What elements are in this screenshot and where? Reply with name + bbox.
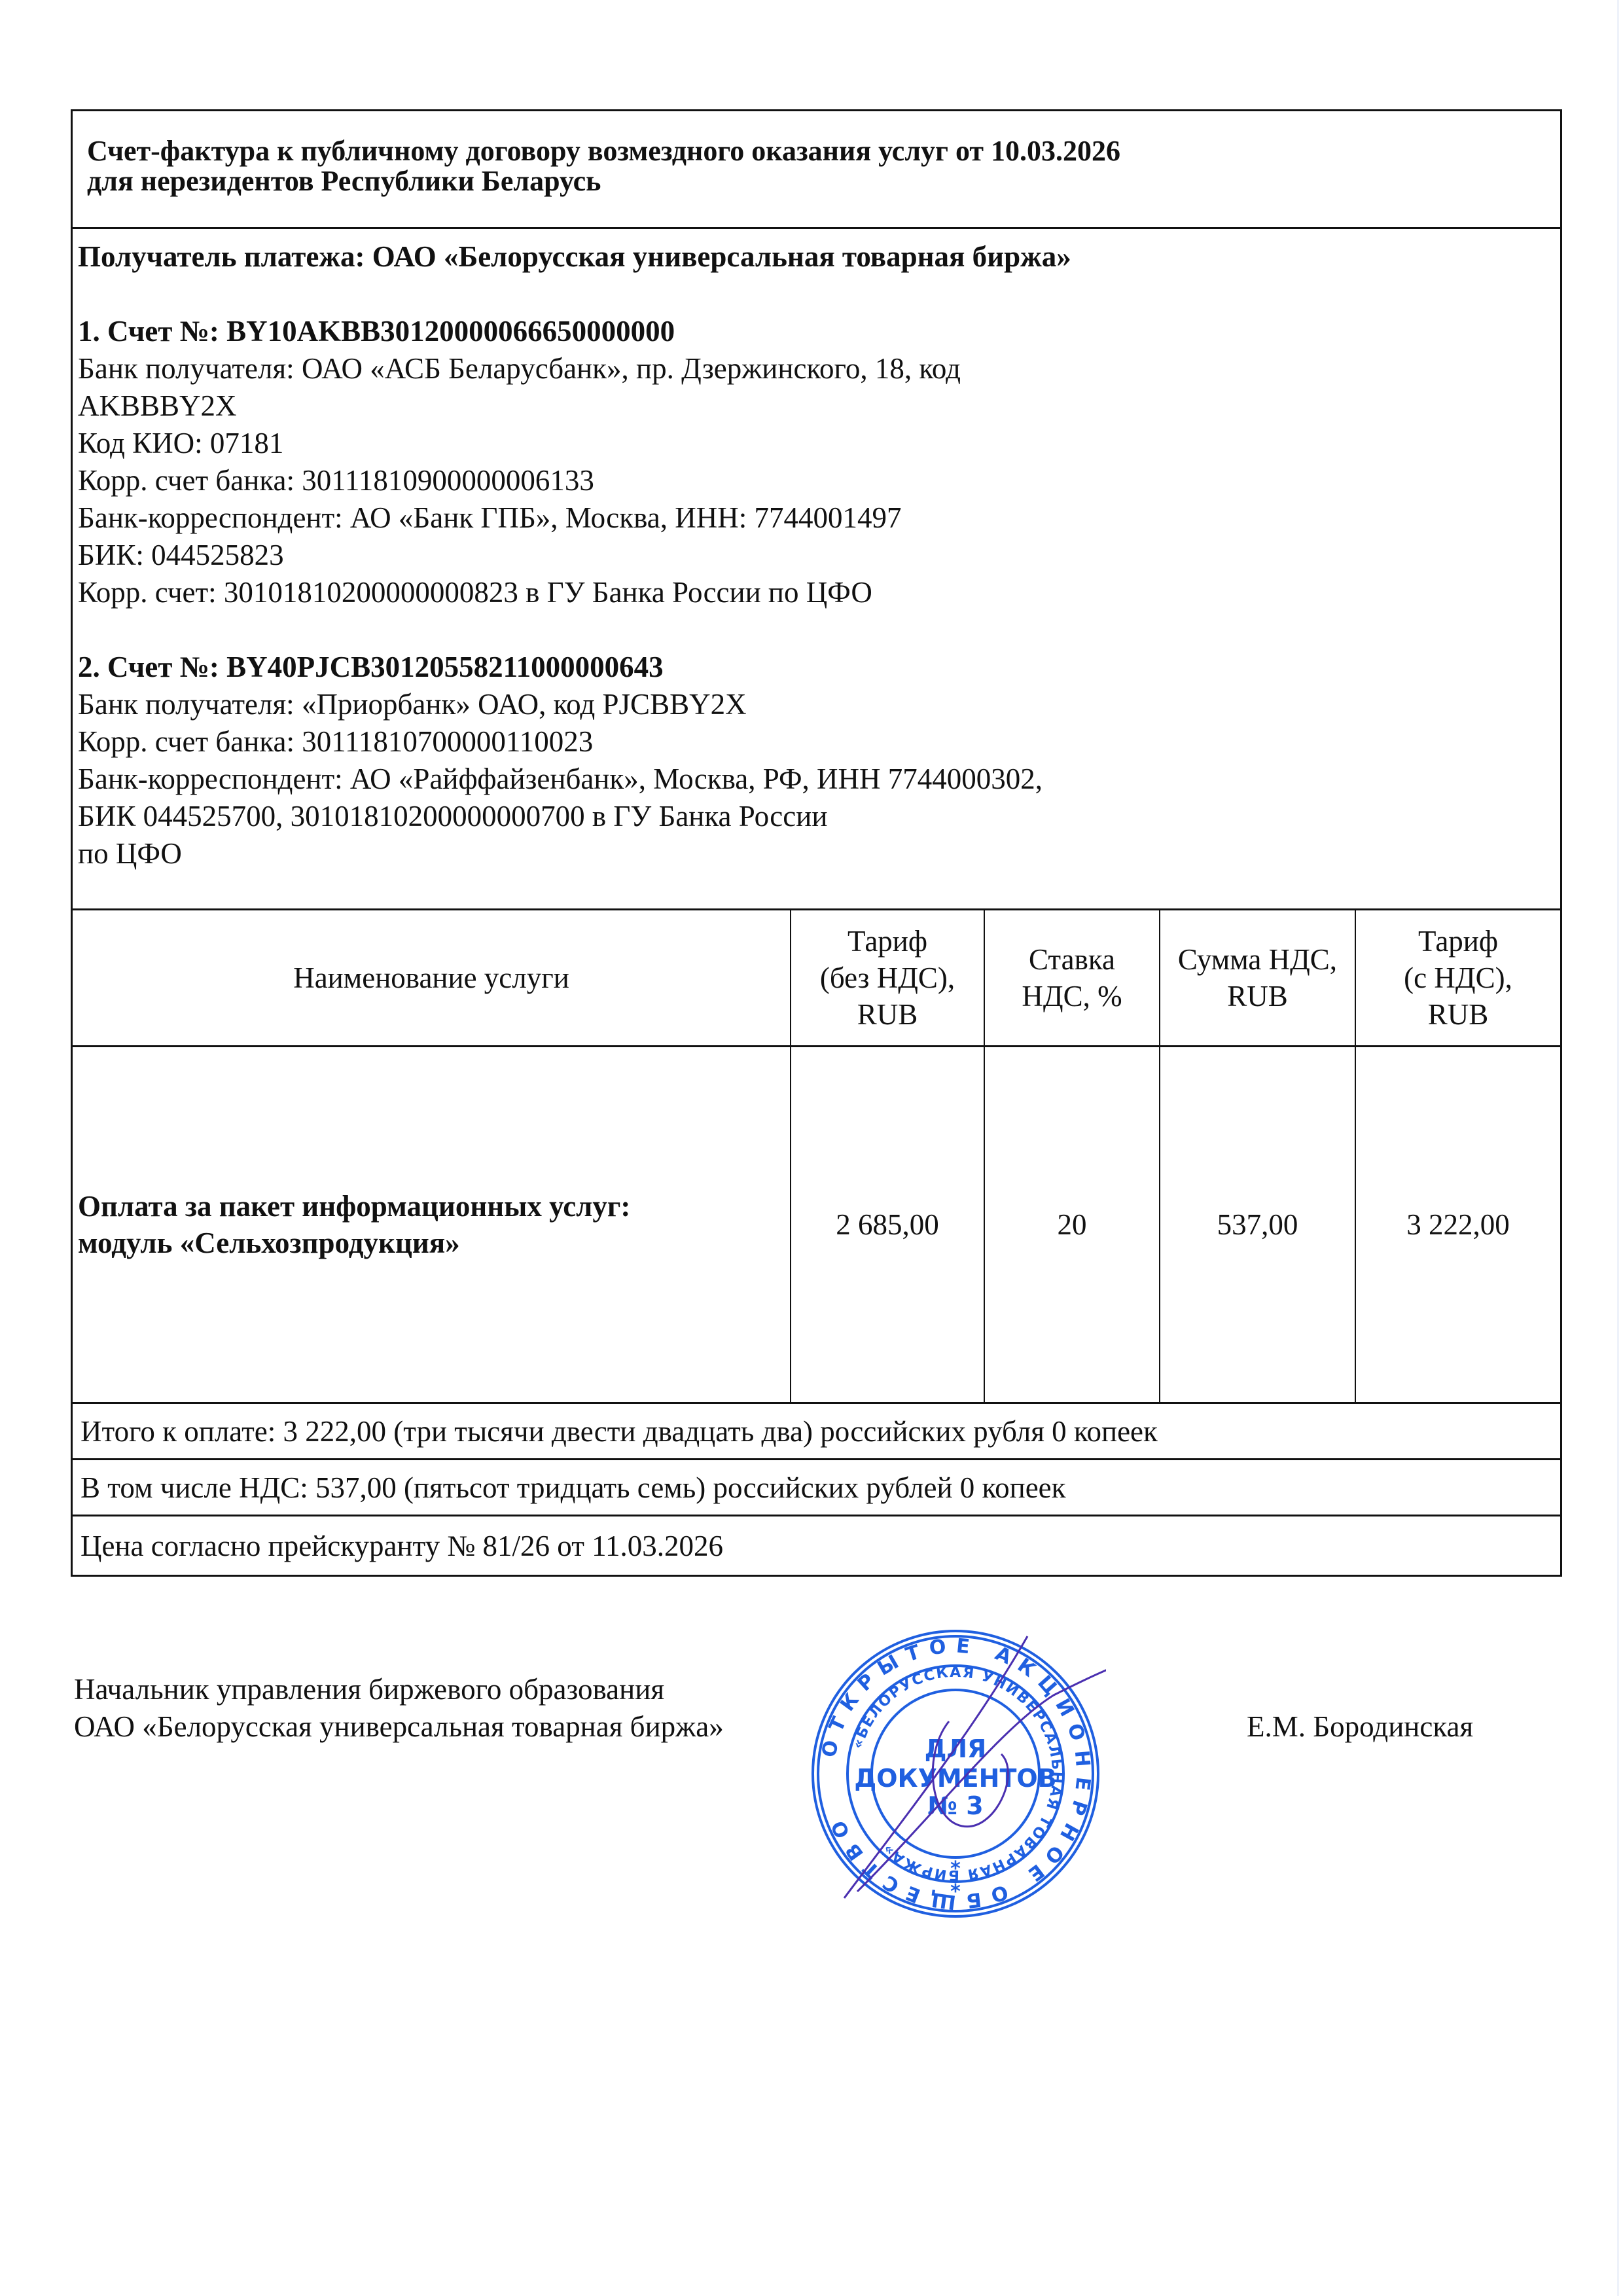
header-vat-rate: СтавкаНДС, % [984,910,1159,1045]
account-1-line: Код КИО: 07181 [78,425,1560,462]
account-1-line: AKBBBY2X [78,387,1560,425]
invoice-table: Счет-фактура к публичному договору возме… [71,109,1562,1577]
table-row: Оплата за пакет информационных услуг:мод… [73,1045,1560,1402]
account-1-line: Банк получателя: ОАО «АСБ Беларусбанк», … [78,350,1560,387]
services-table-header: Наименование услуги Тариф(без НДС),RUB С… [73,908,1560,1045]
account-2-line: по ЦФО [78,835,1560,872]
tariff-with-vat: 3 222,00 [1355,1047,1560,1402]
svg-text:ДОКУМЕНТОВ: ДОКУМЕНТОВ [854,1764,1056,1793]
account-2-line: Корр. счет банка: 30111810700000110023 [78,723,1560,761]
company-stamp-icon: ОТКРЫТОЕ АКЦИОНЕРНОЕ ОБЩЕСТВО «БЕЛОРУССК… [805,1623,1106,1924]
invoice-title-line-1: Счет-фактура к публичному договору возме… [87,136,1560,166]
header-service-name: Наименование услуги [73,910,790,1045]
account-1-line: БИК: 044525823 [78,537,1560,574]
invoice-title: Счет-фактура к публичному договору возме… [73,111,1560,227]
vat-included: В том числе НДС: 537,00 (пятьсот тридцат… [73,1458,1560,1515]
service-name: Оплата за пакет информационных услуг:мод… [73,1047,790,1402]
payment-recipient: Получатель платежа: ОАО «Белорусская уни… [78,238,1560,276]
account-1-line: Корр. счет банка: 30111810900000006133 [78,462,1560,499]
price-list-note: Цена согласно прейскуранту № 81/26 от 11… [73,1515,1560,1575]
scan-edge [1617,0,1619,2296]
tariff-no-vat: 2 685,00 [790,1047,984,1402]
account-2-line: БИК 044525700, 30101810200000000700 в ГУ… [78,798,1560,835]
total-due: Итого к оплате: 3 222,00 (три тысячи две… [73,1402,1560,1458]
payment-details: Получатель платежа: ОАО «Белорусская уни… [73,227,1560,908]
account-2-line: Банк-корреспондент: АО «Райффайзенбанк»,… [78,761,1560,798]
vat-amount: 537,00 [1159,1047,1355,1402]
header-vat-amount: Сумма НДС,RUB [1159,910,1355,1045]
header-tariff-with-vat: Тариф(с НДС),RUB [1355,910,1560,1045]
account-1-line: Корр. счет: 30101810200000000823 в ГУ Ба… [78,574,1560,611]
svg-text:*: * [950,1857,961,1880]
account-1-line: Банк-корреспондент: АО «Банк ГПБ», Москв… [78,499,1560,537]
vat-rate: 20 [984,1047,1159,1402]
svg-text:*: * [950,1880,961,1903]
invoice-title-line-2: для нерезидентов Республики Беларусь [87,166,1560,196]
signer-name: Е.М. Бородинская [1247,1708,1473,1746]
account-2-heading: 2. Счет №: BY40PJCB30120558211000000643 [78,649,1560,686]
signer-position: Начальник управления биржевого образован… [74,1671,724,1746]
account-2-line: Банк получателя: «Приорбанк» ОАО, код PJ… [78,686,1560,723]
header-tariff-no-vat: Тариф(без НДС),RUB [790,910,984,1045]
account-1-heading: 1. Счет №: BY10AKBB30120000066650000000 [78,313,1560,350]
